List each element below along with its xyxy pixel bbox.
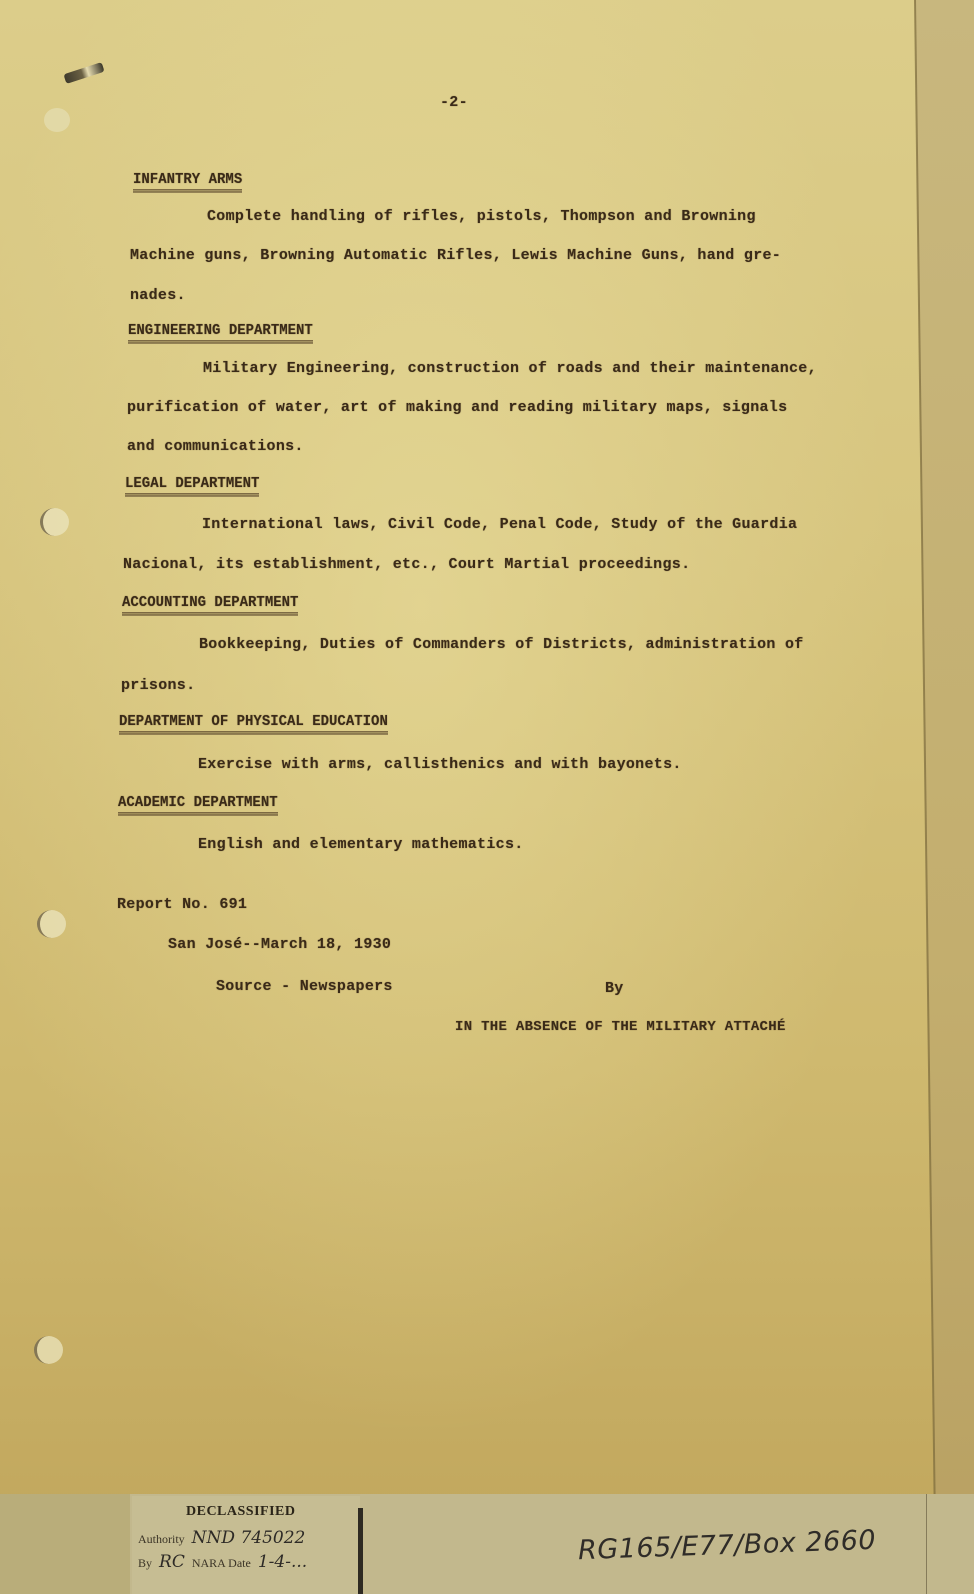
nara-date-label: NARA Date <box>192 1556 251 1570</box>
authority-value: NND 745022 <box>192 1528 306 1548</box>
section-heading-physical-education: DEPARTMENT OF PHYSICAL EDUCATION <box>119 714 388 735</box>
punch-hole-icon <box>40 508 69 536</box>
by-line: By RC NARA Date 1-4-... <box>138 1552 307 1572</box>
body-line: and communications. <box>127 438 304 455</box>
declassified-title: DECLASSIFIED <box>186 1504 295 1520</box>
by-value: RC <box>159 1552 185 1572</box>
report-source: Source - Newspapers <box>216 978 393 995</box>
page-number: -2- <box>440 94 468 111</box>
stamp-bar <box>358 1508 363 1594</box>
footer-divider <box>926 1494 927 1594</box>
declassified-stamp: DECLASSIFIED Authority NND 745022 By RC … <box>132 1496 360 1594</box>
body-line: nades. <box>130 287 186 304</box>
report-place-date: San José--March 18, 1930 <box>168 936 391 953</box>
section-heading-accounting: ACCOUNTING DEPARTMENT <box>122 595 298 616</box>
section-heading-legal: LEGAL DEPARTMENT <box>125 476 259 497</box>
paper-stain <box>44 108 70 132</box>
authority-label: Authority <box>138 1532 185 1546</box>
section-heading-academic: ACADEMIC DEPARTMENT <box>118 795 278 816</box>
report-signature: IN THE ABSENCE OF THE MILITARY ATTACHÉ <box>455 1019 786 1035</box>
punch-hole-icon <box>34 1336 63 1364</box>
report-number: Report No. 691 <box>117 896 247 913</box>
body-line: English and elementary mathematics. <box>198 836 524 853</box>
body-line: prisons. <box>121 677 195 694</box>
section-heading-engineering: ENGINEERING DEPARTMENT <box>128 323 313 344</box>
body-line: Nacional, its establishment, etc., Court… <box>123 556 690 573</box>
by-label: By <box>138 1556 152 1570</box>
footer-left-panel <box>0 1494 130 1594</box>
body-line: purification of water, art of making and… <box>127 399 787 416</box>
section-heading-infantry-arms: INFANTRY ARMS <box>133 172 242 193</box>
report-by: By <box>605 980 624 997</box>
body-line: International laws, Civil Code, Penal Co… <box>202 516 797 533</box>
body-line: Exercise with arms, callisthenics and wi… <box>198 756 682 773</box>
body-line: Bookkeeping, Duties of Commanders of Dis… <box>199 636 804 653</box>
nara-date-value: 1-4-... <box>258 1552 307 1572</box>
body-line: Military Engineering, construction of ro… <box>203 360 817 377</box>
punch-hole-icon <box>37 910 66 938</box>
body-line: Complete handling of rifles, pistols, Th… <box>207 208 756 225</box>
authority-line: Authority NND 745022 <box>138 1528 305 1548</box>
body-line: Machine guns, Browning Automatic Rifles,… <box>130 247 781 264</box>
